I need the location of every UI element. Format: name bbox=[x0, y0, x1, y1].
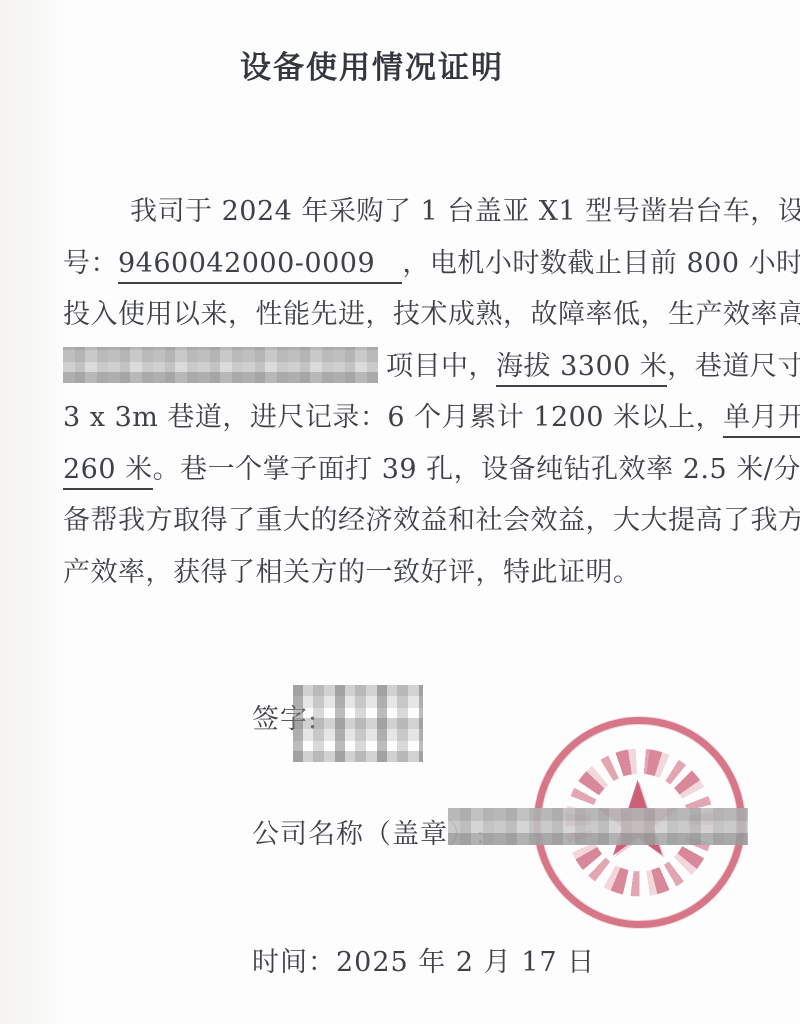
text-run: 我司于 2024 年采购了 1 台盖亚 X1 型号凿岩台车，设备序列 bbox=[130, 196, 800, 227]
body-paragraph: 我司于 2024 年采购了 1 台盖亚 X1 型号凿岩台车，设备序列号：9460… bbox=[63, 186, 753, 598]
scanned-certificate-page: 设备使用情况证明 我司于 2024 年采购了 1 台盖亚 X1 型号凿岩台车，设… bbox=[0, 0, 800, 1024]
underlined-text: 单月开挖纪录 bbox=[723, 402, 800, 438]
signature-redacted-blur bbox=[293, 685, 423, 762]
body-line: 产效率，获得了相关方的一致好评，特此证明。 bbox=[63, 547, 753, 599]
body-line: 3 x 3m 巷道，进尺记录：6 个月累计 1200 米以上，单月开挖纪录 bbox=[63, 392, 753, 444]
text-run: 。巷一个掌子面打 39 孔，设备纯钻孔效率 2.5 米/分钟，设 bbox=[153, 454, 800, 485]
date-value: 2025 年 2 月 17 日 bbox=[336, 947, 595, 978]
underlined-text: 9460042000-0009 bbox=[118, 248, 402, 284]
underlined-text: 260 米 bbox=[63, 454, 153, 490]
body-line: 我司于 2024 年采购了 1 台盖亚 X1 型号凿岩台车，设备序列 bbox=[63, 186, 753, 238]
text-run: 号： bbox=[63, 248, 118, 279]
body-line: 号：9460042000-0009 ，电机小时数截止目前 800 小时 。该设备 bbox=[63, 238, 753, 290]
body-line: 备帮我方取得了重大的经济效益和社会效益，大大提高了我方的生 bbox=[63, 495, 753, 547]
redacted-project-name-blur bbox=[63, 347, 378, 383]
date-line: 时间：2025 年 2 月 17 日 bbox=[252, 940, 595, 979]
text-run: ，巷道尺寸： bbox=[667, 351, 800, 382]
body-line: 260 米。巷一个掌子面打 39 孔，设备纯钻孔效率 2.5 米/分钟，设 bbox=[63, 444, 753, 496]
text-run: 产效率，获得了相关方的一致好评，特此证明。 bbox=[63, 557, 641, 588]
text-run: 3 x 3m 巷道，进尺记录：6 个月累计 1200 米以上， bbox=[63, 402, 723, 433]
text-run: 投入使用以来，性能先进，技术成熟，故障率低，生产效率高，在 bbox=[63, 299, 800, 330]
body-line: 项目中，海拔 3300 米，巷道尺寸： bbox=[63, 341, 753, 393]
text-run: 备帮我方取得了重大的经济效益和社会效益，大大提高了我方的生 bbox=[63, 505, 800, 536]
body-line: 投入使用以来，性能先进，技术成熟，故障率低，生产效率高，在 bbox=[63, 289, 753, 341]
underlined-text: 海拔 3300 米 bbox=[496, 351, 667, 387]
text-run: 项目中， bbox=[386, 351, 496, 382]
company-name-redacted-blur bbox=[448, 808, 748, 845]
text-run: ，电机小时数截止目前 800 小时 。该设备 bbox=[402, 248, 800, 279]
date-label: 时间： bbox=[252, 947, 336, 978]
page-title: 设备使用情况证明 bbox=[0, 42, 744, 87]
